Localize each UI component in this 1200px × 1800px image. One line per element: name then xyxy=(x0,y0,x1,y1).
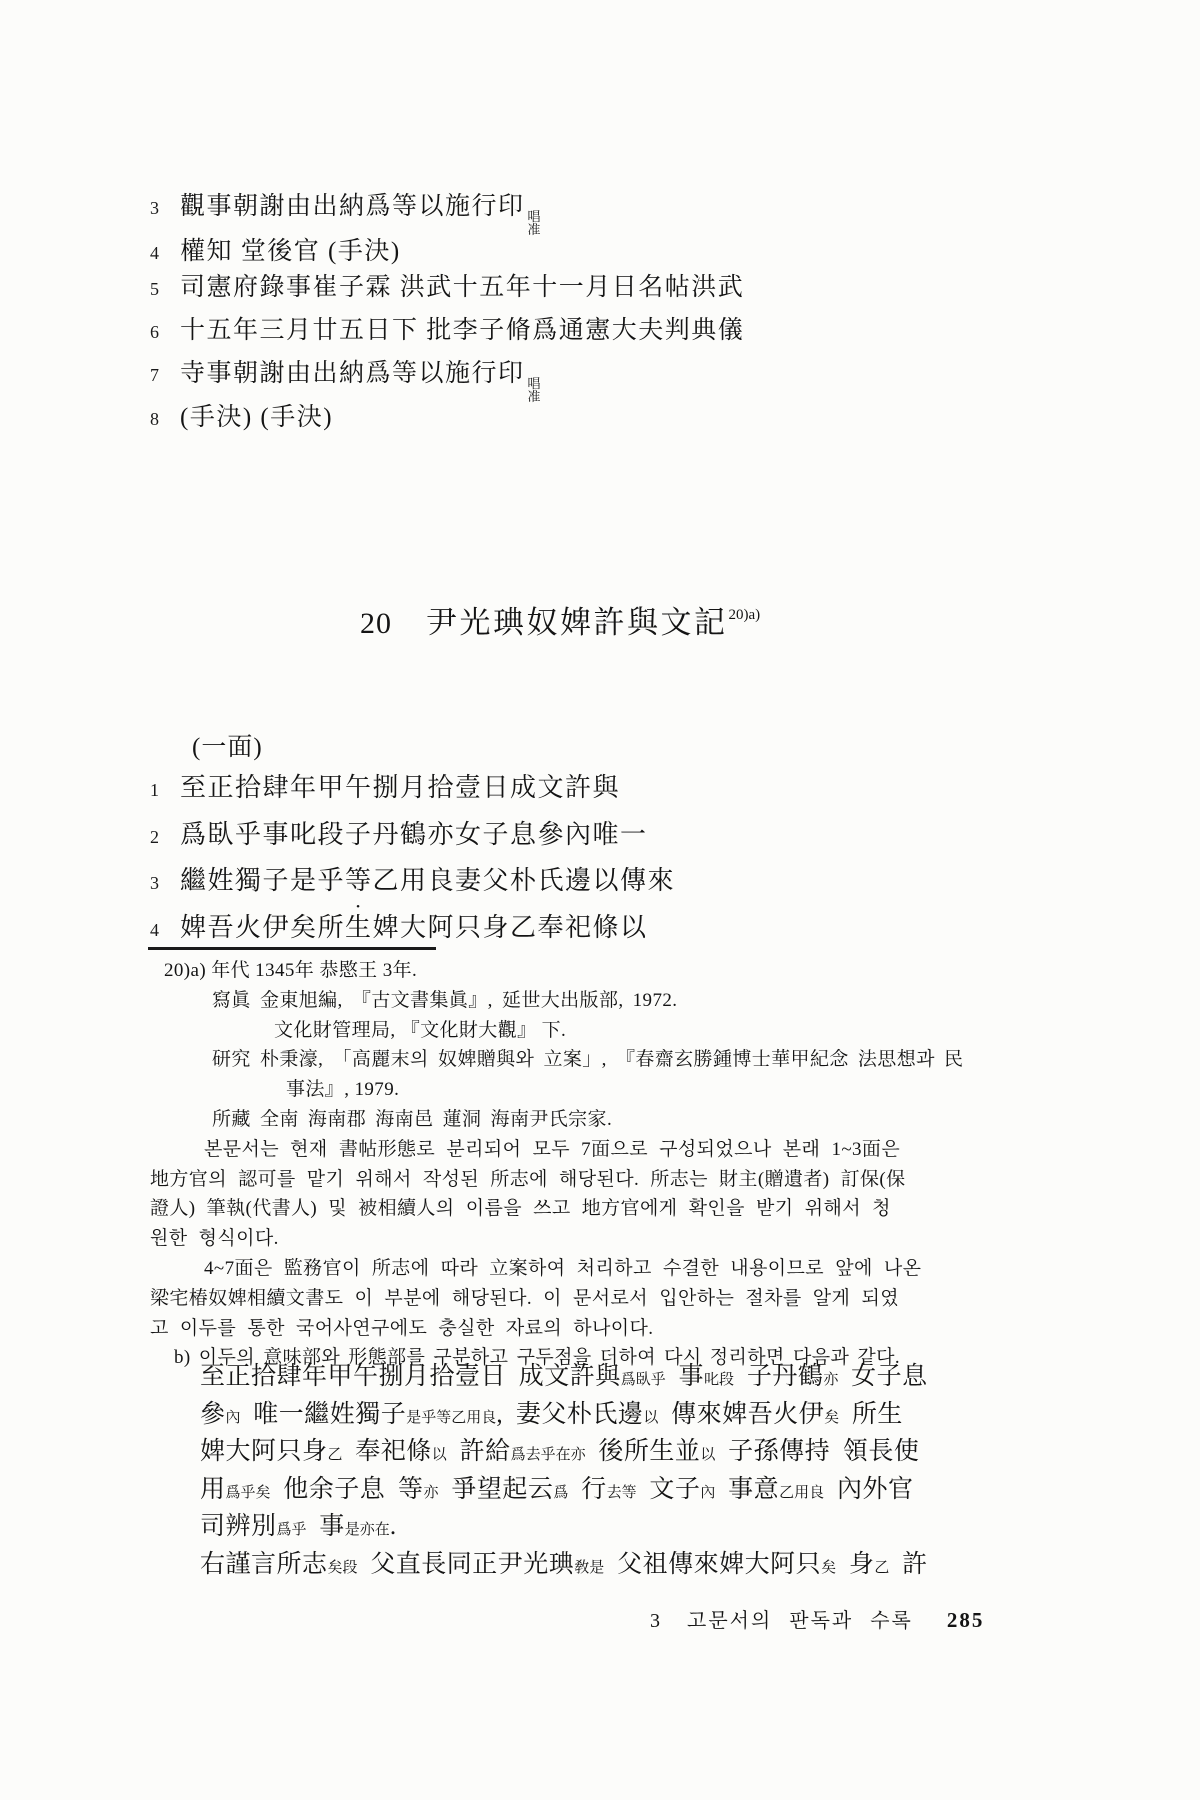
footnote-reference: 20)a) xyxy=(729,607,761,623)
face-label: (一面) xyxy=(192,727,263,763)
line-number: 8 xyxy=(150,409,180,430)
transcription-line: 1至正拾肆年甲午捌月拾壹日成文許與 xyxy=(150,767,620,804)
idu-gloss: 去等 xyxy=(607,1485,637,1501)
idu-gloss: 矣 xyxy=(824,1410,839,1426)
stacked-stamp-chars: 唱准 xyxy=(528,210,541,236)
footnote-line: 事法』, 1979. xyxy=(286,1075,1070,1105)
idu-gloss: 爲乎矣 xyxy=(226,1485,271,1501)
idu-gloss: 乙 xyxy=(328,1447,343,1463)
section-heading: 20尹光琠奴婢許與文記20)a) xyxy=(360,597,760,642)
line-text: 至正拾肆年甲午捌月拾壹日成文許與 xyxy=(180,773,620,802)
footnote-line: 고 이두를 통한 국어사연구에도 충실한 자료의 하나이다. xyxy=(150,1314,1070,1344)
footnote-line: 寫眞 金東旭編, 『古文書集眞』, 延世大出版部, 1972. xyxy=(212,986,1070,1016)
line-number: 4 xyxy=(150,920,180,941)
transcription-line: 3繼姓獨子是乎等乙用良妻父朴氏邊以傳來 xyxy=(150,860,675,897)
idu-rearranged-text: 至正拾肆年甲午捌月拾壹日 成文許與爲臥乎 事叱段 子丹鶴亦 女子息參內 唯一繼姓… xyxy=(200,1356,1100,1582)
footnote-line: 所藏 全南 海南郡 海南邑 蓮洞 海南尹氏宗家. xyxy=(212,1105,1070,1135)
book-page: 3觀事朝謝由出納爲等以施行印唱准4權知 堂後官 (手決)5司憲府錄事崔子霖 洪武… xyxy=(0,0,1200,1800)
transcription-line: 2爲臥乎事叱段子丹鶴亦女子息參內唯一 xyxy=(150,814,648,851)
transcription-line: 4權知 堂後官 (手決) xyxy=(150,231,401,267)
transcription-line: 8(手決) (手決) xyxy=(150,397,333,433)
page-number: 285 xyxy=(947,1608,985,1632)
idu-gloss: 以 xyxy=(700,1447,715,1463)
footnote-line: 4~7面은 監務官이 所志에 따라 立案하여 처리하고 수결한 내용이므로 앞에… xyxy=(204,1254,1070,1284)
footnote-block: 20)a) 年代 1345年 恭愍王 3年.寫眞 金東旭編, 『古文書集眞』, … xyxy=(150,956,1070,1373)
footnote-line: 20)a) 年代 1345年 恭愍王 3年. xyxy=(164,956,1070,986)
line-text: 寺事朝謝由出納爲等以施行印唱准 xyxy=(180,360,541,387)
idu-gloss: 爲臥乎 xyxy=(621,1372,666,1388)
line-text: 繼姓獨子是乎等乙用良妻父朴氏邊以傳來 xyxy=(180,866,675,895)
idu-line: 參內 唯一繼姓獨子是乎等乙用良, 妻父朴氏邊以 傳來婢吾火伊矣 所生 xyxy=(200,1394,1100,1432)
emphasis-dotted-char: 生 xyxy=(345,913,373,942)
line-number: 3 xyxy=(150,873,180,894)
footnote-line: 文化財管理局, 『文化財大觀』 下. xyxy=(274,1016,1070,1046)
line-text: (手決) (手決) xyxy=(180,404,333,431)
idu-gloss: 矣 xyxy=(821,1560,836,1576)
idu-gloss: 以 xyxy=(643,1410,658,1426)
idu-gloss: 爲 xyxy=(553,1485,568,1501)
idu-line: 至正拾肆年甲午捌月拾壹日 成文許與爲臥乎 事叱段 子丹鶴亦 女子息 xyxy=(200,1356,1100,1394)
line-text: 權知 堂後官 (手決) xyxy=(180,238,401,265)
idu-gloss: 爲乎 xyxy=(277,1522,307,1538)
transcription-line: 6十五年三月廿五日下 批李子脩爲通憲大夫判典儀 xyxy=(150,310,744,346)
line-number: 5 xyxy=(150,279,180,300)
idu-gloss: 內 xyxy=(700,1485,715,1501)
footer-chapter-number: 3 xyxy=(650,1610,661,1632)
section-number: 20 xyxy=(360,607,392,640)
idu-gloss: 亦 xyxy=(424,1485,439,1501)
footnote-separator-rule xyxy=(148,947,436,950)
line-number: 4 xyxy=(150,243,180,264)
footnote-line: 梁宅椿奴婢相續文書도 이 부분에 해당된다. 이 문서로서 입안하는 절차를 알… xyxy=(150,1284,1070,1314)
idu-gloss: 亦 xyxy=(823,1372,838,1388)
idu-line: 用爲乎矣 他余子息 等亦 爭望起云爲 行去等 文子內 事意乙用良 內外官 xyxy=(200,1469,1100,1507)
idu-gloss: 是亦在 xyxy=(345,1522,390,1538)
footnote-line: 원한 형식이다. xyxy=(150,1224,1070,1254)
line-number: 1 xyxy=(150,780,180,801)
section-title: 尹光琠奴婢許與文記 xyxy=(426,605,728,640)
transcription-line: 7寺事朝謝由出納爲等以施行印唱准 xyxy=(150,353,541,403)
transcription-line: 5司憲府錄事崔子霖 洪武十五年十一月日名帖洪武 xyxy=(150,267,744,303)
idu-line: 右謹言所志矣段 父直長同正尹光琠敎是 父祖傳來婢大阿只矣 身乙 許 xyxy=(200,1544,1100,1582)
idu-gloss: 以 xyxy=(432,1447,447,1463)
line-text: 司憲府錄事崔子霖 洪武十五年十一月日名帖洪武 xyxy=(180,274,744,301)
line-number: 7 xyxy=(150,365,180,386)
idu-gloss: 叱段 xyxy=(704,1372,734,1388)
idu-gloss: 內 xyxy=(226,1410,241,1426)
line-number: 3 xyxy=(150,198,180,219)
idu-gloss: 乙用良 xyxy=(779,1485,824,1501)
stacked-stamp-chars: 唱准 xyxy=(528,377,541,403)
line-text: 婢吾火伊矣所生婢大阿只身乙奉祀條以 xyxy=(180,913,648,942)
footnote-line: 證人) 筆執(代書人) 및 被相續人의 이름을 쓰고 地方官에게 확인을 받기 … xyxy=(150,1194,1070,1224)
footer-chapter-title: 고문서의 판독과 수록 xyxy=(687,1610,913,1632)
line-text: 觀事朝謝由出納爲等以施行印唱准 xyxy=(180,193,541,220)
line-number: 6 xyxy=(150,322,180,343)
footnote-line: 地方官의 認可를 맡기 위해서 작성된 所志에 해당된다. 所志는 財主(贈遺者… xyxy=(150,1165,1070,1195)
footnote-line: 본문서는 현재 書帖形態로 분리되어 모두 7面으로 구성되었으나 본래 1~3… xyxy=(204,1135,1070,1165)
idu-gloss: 矣段 xyxy=(328,1560,358,1576)
idu-line: 婢大阿只身乙 奉祀條以 許給爲去乎在亦 後所生並以 子孫傳持 領長使 xyxy=(200,1431,1100,1469)
page-footer: 3고문서의 판독과 수록285 xyxy=(650,1604,984,1633)
transcription-line: 4婢吾火伊矣所生婢大阿只身乙奉祀條以 xyxy=(150,907,648,944)
idu-gloss: 爲去乎在亦 xyxy=(511,1447,586,1463)
transcription-line: 3觀事朝謝由出納爲等以施行印唱准 xyxy=(150,186,541,236)
line-text: 十五年三月廿五日下 批李子脩爲通憲大夫判典儀 xyxy=(180,317,744,344)
idu-line: 司辨別爲乎 事是亦在. xyxy=(200,1506,1100,1544)
line-number: 2 xyxy=(150,827,180,848)
footnote-line: 研究 朴秉濠, 「高麗末의 奴婢贈與와 立案」, 『春齋玄勝鍾博士華甲紀念 法思… xyxy=(212,1045,1070,1075)
idu-gloss: 乙 xyxy=(874,1560,889,1576)
line-text: 爲臥乎事叱段子丹鶴亦女子息參內唯一 xyxy=(180,820,648,849)
idu-gloss: 敎是 xyxy=(574,1560,604,1576)
idu-gloss: 是乎等乙用良 xyxy=(406,1410,496,1426)
